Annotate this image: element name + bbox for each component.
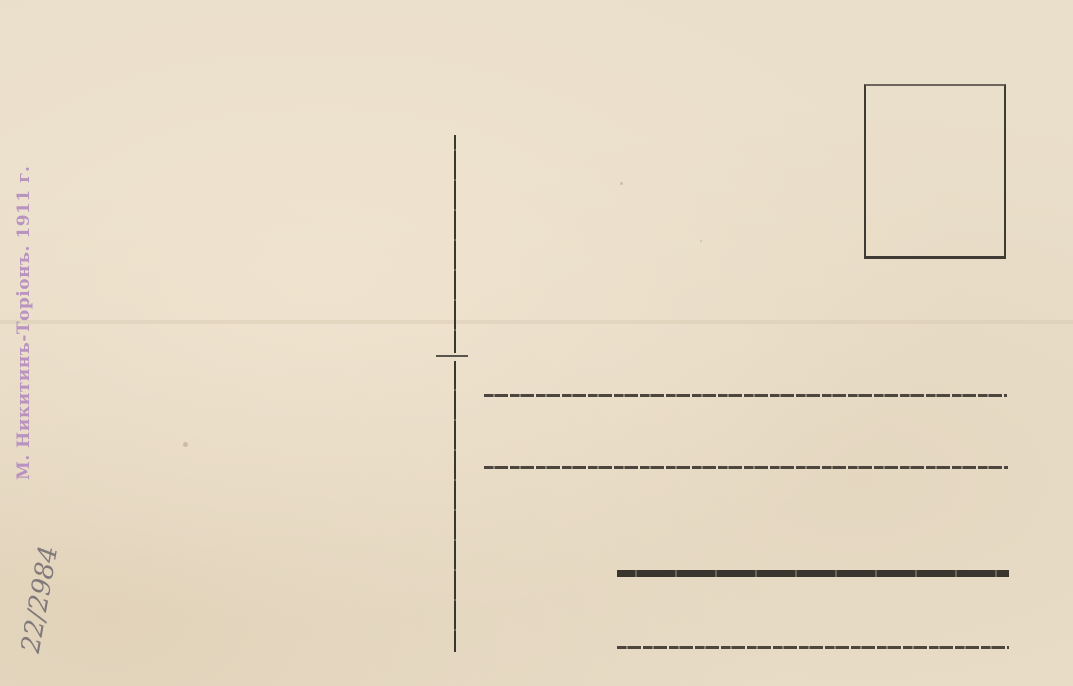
stamp-box xyxy=(864,84,1006,259)
vertical-divider xyxy=(454,135,456,652)
divider-tick xyxy=(436,355,468,357)
paper-speck xyxy=(700,240,702,242)
address-line-4 xyxy=(617,646,1009,649)
paper-fold xyxy=(0,320,1073,324)
handwritten-note: 22/2984 xyxy=(16,544,64,656)
paper-speck xyxy=(183,442,188,447)
address-line-1 xyxy=(484,394,1007,397)
paper-speck xyxy=(620,182,623,185)
address-line-2 xyxy=(484,466,1008,469)
postcard-back: М. Никитинъ-Торіонъ. 1911 г. 22/2984 xyxy=(0,0,1073,686)
publisher-stamp: М. Никитинъ-Торіонъ. 1911 г. xyxy=(14,166,34,480)
address-line-3 xyxy=(617,570,1009,577)
